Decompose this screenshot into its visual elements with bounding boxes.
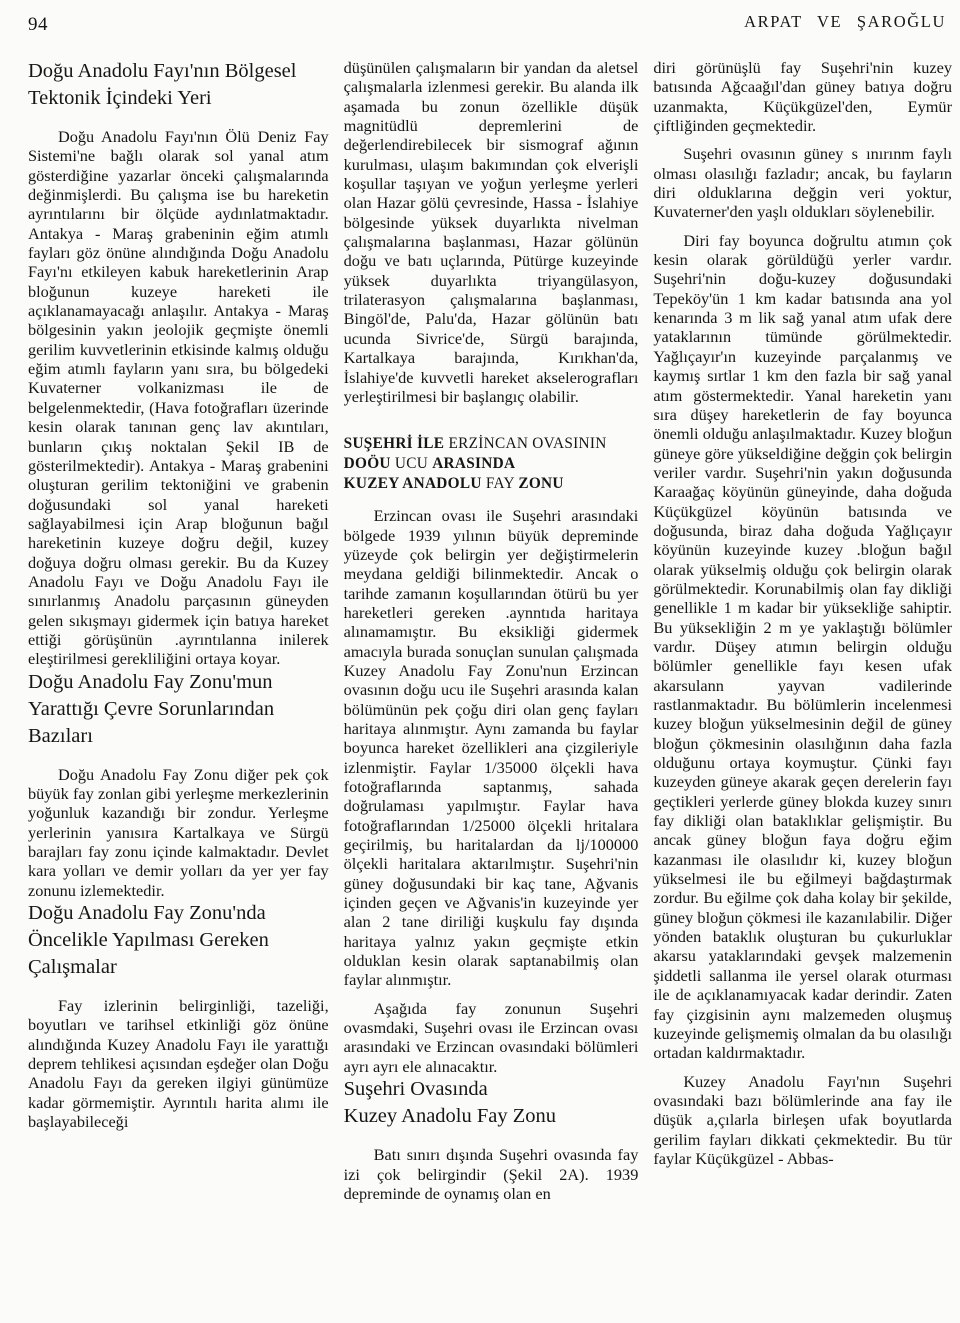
heading-segment: ERZİNCAN OVASININ [448, 435, 606, 452]
column-left: Doğu Anadolu Fayı'nın Bölgesel Tektonik … [28, 58, 329, 1203]
paragraph: Kuzey Anadolu Fayı'nın Suşehri ovasındak… [653, 1072, 952, 1169]
column-right: diri görünüşlü fay Suşehri'nin kuzey bat… [653, 58, 952, 1203]
paragraph: Aşağıda fay zonunun Suşehri ovasmdaki, S… [344, 999, 639, 1076]
section-heading-regional-tectonics: Doğu Anadolu Fayı'nın Bölgesel Tektonik … [28, 58, 329, 112]
heading-segment: FAY [486, 475, 514, 492]
section-heading-susehri-ovasi: Suşehri Ovasında Kuzey Anadolu Fay Zonu [344, 1076, 639, 1130]
page-number: 94 [28, 14, 48, 36]
heading-segment: ZONU [518, 475, 563, 492]
paragraph: Doğu Anadolu Fay Zonu diğer pek çok büyü… [28, 765, 329, 900]
running-head: ARPAT VE ŞAROĞLU [744, 12, 946, 32]
heading-segment: DOÖU [344, 455, 391, 472]
heading-segment: KUZEY ANADOLU [344, 475, 482, 492]
paragraph: diri görünüşlü fay Suşehri'nin kuzey bat… [653, 58, 952, 135]
heading-segment: UCU [395, 455, 428, 472]
paragraph: Batı sınırı dışında Suşehri ovasında fay… [344, 1145, 639, 1203]
heading-segment: SUŞEHRİ İLE [344, 435, 445, 452]
paragraph: Fay izlerinin belirginliği, tazeliği, bo… [28, 996, 329, 1131]
section-heading-environmental-problems: Doğu Anadolu Fay Zonu'mun Yarattığı Çevr… [28, 669, 329, 750]
section-heading-priority-studies: Doğu Anadolu Fay Zonu'nda Öncelikle Yapı… [28, 900, 329, 981]
column-middle: düşünülen çalışmaların bir yandan da ale… [344, 58, 639, 1203]
article-columns: Doğu Anadolu Fayı'nın Bölgesel Tektonik … [0, 0, 960, 1203]
paragraph: düşünülen çalışmaların bir yandan da ale… [344, 58, 639, 406]
heading-segment: ARASINDA [432, 455, 515, 472]
paragraph: Diri fay boyunca doğrultu atımın çok kes… [653, 231, 952, 1063]
paragraph: Suşehri ovasının güney s ınırınm faylı o… [653, 144, 952, 221]
section-heading-susehri-erzincan: SUŞEHRİ İLE ERZİNCAN OVASININDOÖU UCU AR… [344, 434, 639, 494]
paragraph: Doğu Anadolu Fayı'nın Ölü Deniz Fay Sist… [28, 127, 329, 669]
paragraph: Erzincan ovası ile Suşehri arasındaki bö… [344, 506, 639, 990]
